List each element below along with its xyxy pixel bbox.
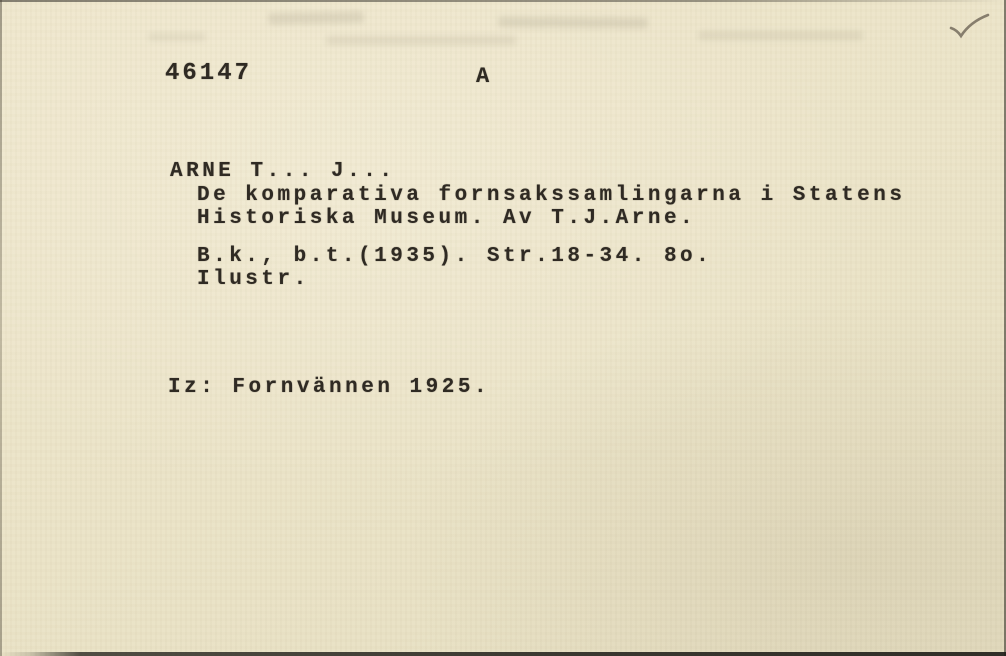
bleed-through-smudge: [148, 33, 206, 41]
bleed-through-smudge: [498, 16, 648, 28]
scan-edge-top: [0, 0, 1006, 2]
scan-edge-bottom: [0, 652, 1006, 656]
author-heading: ARNE T... J...: [170, 160, 395, 183]
bleed-through-smudge: [698, 31, 863, 40]
imprint-line: Ilustr.: [197, 268, 310, 291]
catalog-card: 46147 A ARNE T... J... De komparativa fo…: [0, 0, 1006, 656]
catalog-number: 46147: [165, 60, 252, 87]
section-letter: A: [476, 64, 493, 89]
title-line: Historiska Museum. Av T.J.Arne.: [197, 207, 696, 230]
imprint-line: B.k., b.t.(1935). Str.18-34. 8o.: [197, 245, 712, 268]
source-reference: Iz: Fornvännen 1925.: [168, 376, 490, 399]
bleed-through-smudge: [326, 36, 516, 45]
title-line: De komparativa fornsakssamlingarna i Sta…: [197, 184, 906, 207]
bleed-through-smudge: [268, 11, 364, 25]
checkmark-icon: [948, 12, 992, 42]
scan-edge-left: [0, 0, 2, 656]
